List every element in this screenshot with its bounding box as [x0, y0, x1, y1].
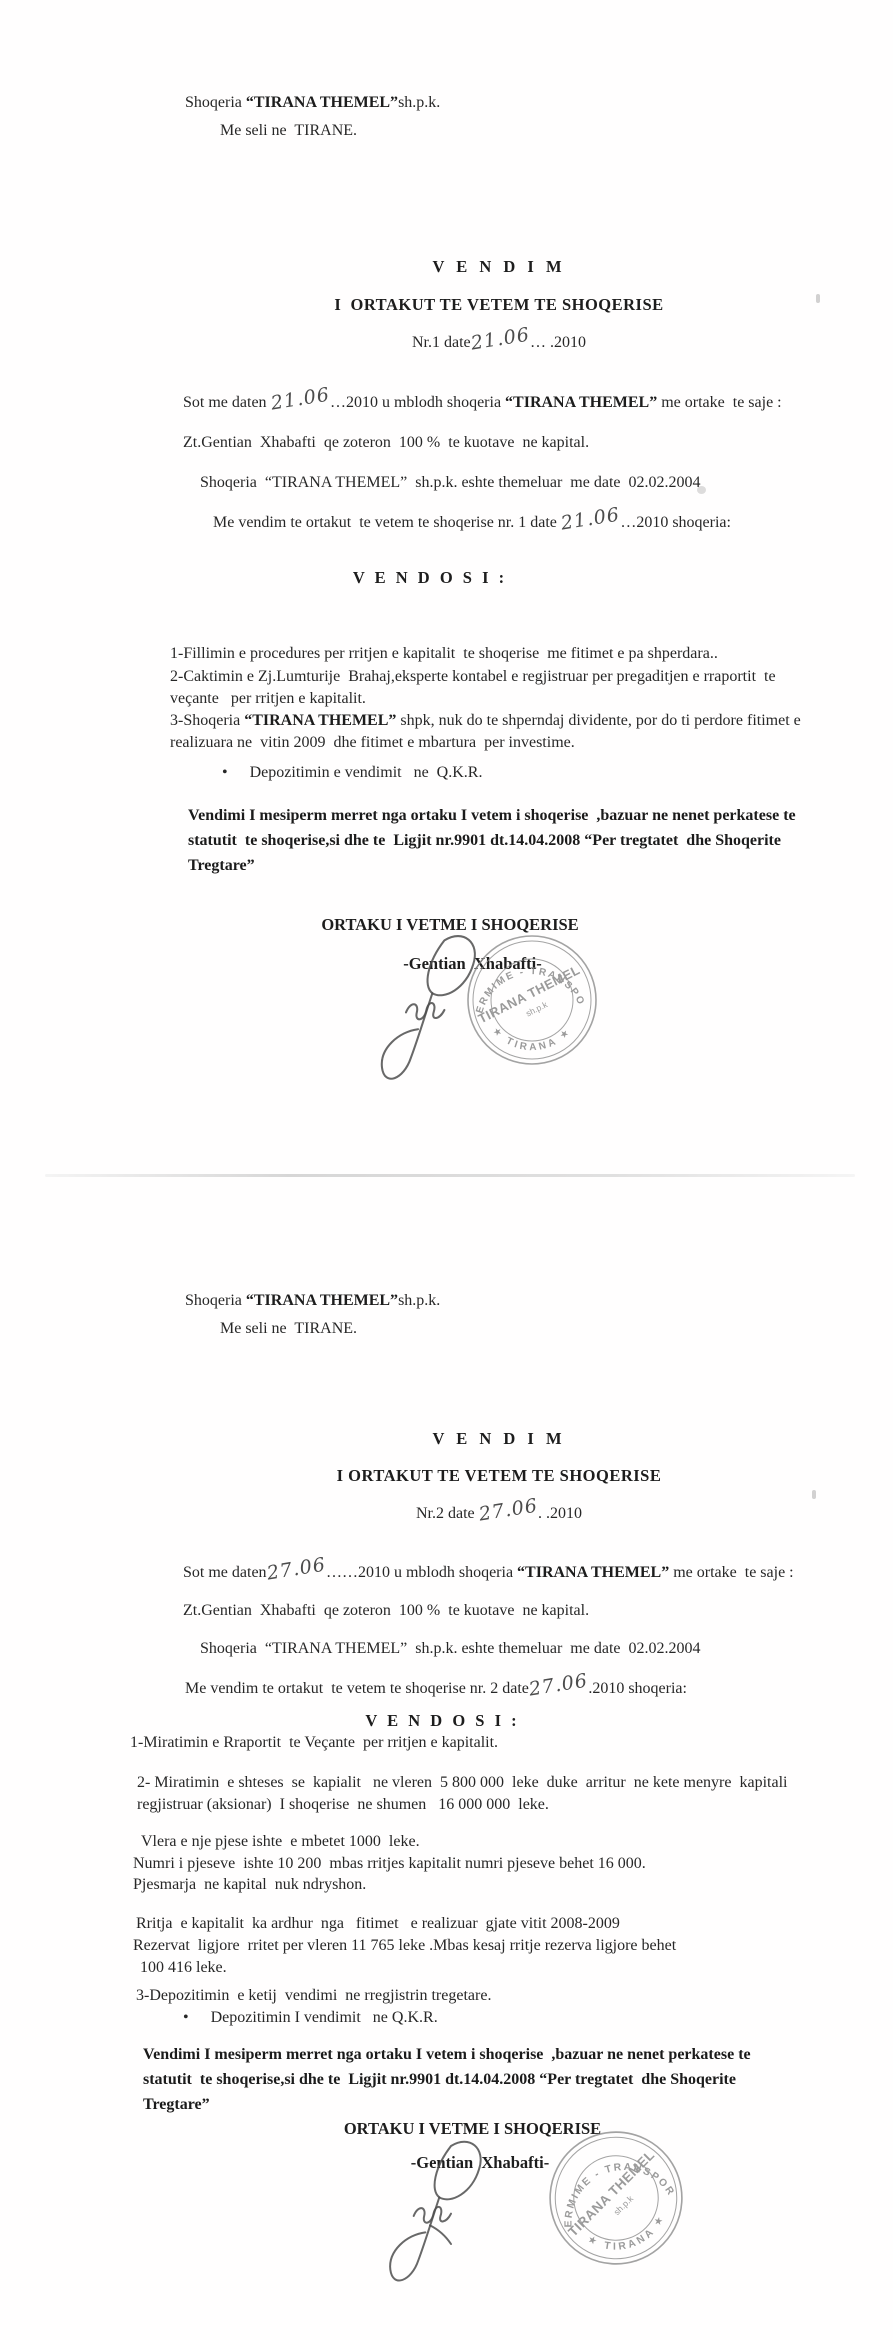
- company-stamp: GERMIME - TRANSPORT ★ TIRANA ★ TIRANA TH…: [464, 932, 600, 1068]
- bullet-icon: •: [183, 2009, 189, 2026]
- bullet-text: Depozitimin I vendimit ne Q.K.R.: [211, 2009, 438, 2026]
- reference-prefix: Me vendim te ortakut te vetem te shoqeri…: [213, 514, 561, 531]
- company-name: “TIRANA THEMEL”: [517, 1564, 669, 1581]
- vendosi-heading: V E N D O S I :: [185, 1710, 700, 1732]
- company-name: “TIRANA THEMEL”: [246, 1292, 398, 1309]
- meeting-mid: ……2010 u mblodh shoqeria: [326, 1564, 517, 1581]
- scanned-document: Shoqeria “TIRANA THEMEL”sh.p.k. Me seli …: [0, 0, 893, 2340]
- scan-artifact: [697, 486, 706, 494]
- legal-reserve-line: Rezervat ligjore rritet per vleren 11 76…: [133, 1935, 676, 1957]
- number-suffix: … .2010: [530, 334, 586, 351]
- owner-share-line: Zt.Gentian Xhabafti qe zoteron 100 % te …: [183, 432, 589, 454]
- meeting-line: Sot me daten 21.06…2010 u mblodh shoqeri…: [183, 390, 782, 414]
- meeting-line: Sot me daten27.06……2010 u mblodh shoqeri…: [183, 1560, 794, 1584]
- meeting-prefix: Sot me daten: [183, 1564, 267, 1581]
- decision-item-3: 3-Depozitimin e ketij vendimi ne rregjis…: [136, 1985, 491, 2007]
- handwritten-date: 21.06: [469, 324, 531, 355]
- legal-reserve-amount: 100 416 leke.: [140, 1957, 227, 1979]
- reference-prefix: Me vendim te ortakut te vetem te shoqeri…: [185, 1680, 529, 1697]
- seat-line: Me seli ne TIRANE.: [220, 1318, 357, 1340]
- seat-line: Me seli ne TIRANE.: [220, 120, 357, 142]
- share-count-line: Numri i pjeseve ishte 10 200 mbas rritje…: [133, 1853, 646, 1875]
- number-prefix: Nr.2 date: [416, 1505, 479, 1522]
- handwritten-date: 21.06: [559, 504, 621, 535]
- vendosi-heading: V E N D O S I :: [185, 567, 675, 589]
- handwritten-date: 27.06: [477, 1495, 539, 1526]
- capital-increase-line: Rritja e kapitalit ka ardhur nga fitimet…: [136, 1913, 620, 1935]
- company-name: “TIRANA THEMEL”: [244, 712, 396, 729]
- scan-artifact: [812, 1490, 816, 1499]
- meeting-mid: …2010 u mblodh shoqeria: [330, 394, 505, 411]
- bullet-text: Depozitimin e vendimit ne Q.K.R.: [250, 764, 483, 781]
- number-suffix: . .2010: [538, 1505, 582, 1522]
- company-line: Shoqeria “TIRANA THEMEL”sh.p.k.: [185, 1290, 440, 1312]
- decision-item-1: 1-Fillimin e procedures per rritjen e ka…: [170, 643, 830, 665]
- decision-reference-line: Me vendim te ortakut te vetem te shoqeri…: [185, 1676, 687, 1700]
- legal-note: Vendimi I mesiperm merret nga ortaku I v…: [143, 2042, 773, 2117]
- owner-share-line: Zt.Gentian Xhabafti qe zoteron 100 % te …: [183, 1600, 589, 1622]
- meeting-prefix: Sot me daten: [183, 394, 271, 411]
- decision-number-line: Nr.2 date 27.06. .2010: [185, 1501, 813, 1525]
- company-prefix: Shoqeria: [185, 1292, 246, 1309]
- handwritten-date: 27.06: [265, 1554, 327, 1585]
- decision-title: V E N D I M: [185, 1428, 813, 1450]
- meeting-suffix: me ortake te saje :: [669, 1564, 793, 1581]
- reference-suffix: .2010 shoqeria:: [588, 1680, 687, 1697]
- meeting-suffix: me ortake te saje :: [657, 394, 781, 411]
- stamp-bottom-arc-text: ★ TIRANA ★: [490, 1025, 574, 1053]
- page-separator: [45, 1174, 855, 1177]
- scan-artifact: [816, 294, 820, 303]
- company-name: “TIRANA THEMEL”: [246, 94, 398, 111]
- decision-subtitle: I ORTAKUT TE VETEM TE SHOQERISE: [185, 294, 813, 316]
- decision-item-2: 2- Miratimin e shteses se kapialit ne vl…: [137, 1772, 837, 1816]
- item3-prefix: 3-Shoqeria: [170, 712, 244, 729]
- company-line: Shoqeria “TIRANA THEMEL”sh.p.k.: [185, 92, 440, 114]
- decision-item-3: 3-Shoqeria “TIRANA THEMEL” shpk, nuk do …: [170, 710, 825, 754]
- signature: [378, 2132, 496, 2307]
- company-suffix: sh.p.k.: [398, 1292, 440, 1309]
- decision-number-line: Nr.1 date21.06… .2010: [185, 330, 813, 354]
- founded-line: Shoqeria “TIRANA THEMEL” sh.p.k. eshte t…: [200, 1638, 700, 1660]
- participation-line: Pjesmarja ne kapital nuk ndryshon.: [133, 1874, 366, 1896]
- decision-subtitle: I ORTAKUT TE VETEM TE SHOQERISE: [185, 1465, 813, 1487]
- bullet-item-qkr: •Depozitimin e vendimit ne Q.K.R.: [222, 762, 482, 784]
- number-prefix: Nr.1 date: [412, 334, 471, 351]
- decision-item-2: 2-Caktimin e Zj.Lumturije Brahaj,ekspert…: [170, 666, 810, 710]
- handwritten-date: 21.06: [269, 384, 331, 415]
- decision-title: V E N D I M: [185, 256, 813, 278]
- company-prefix: Shoqeria: [185, 94, 246, 111]
- reference-suffix: …2010 shoqeria:: [620, 514, 731, 531]
- bullet-icon: •: [222, 764, 228, 781]
- decision-reference-line: Me vendim te ortakut te vetem te shoqeri…: [213, 510, 731, 534]
- founded-line: Shoqeria “TIRANA THEMEL” sh.p.k. eshte t…: [200, 472, 700, 494]
- bullet-item-qkr: •Depozitimin I vendimit ne Q.K.R.: [183, 2007, 438, 2029]
- handwritten-date: 27.06: [527, 1670, 589, 1701]
- company-suffix: sh.p.k.: [398, 94, 440, 111]
- svg-text:★ TIRANA ★: ★ TIRANA ★: [490, 1025, 574, 1053]
- decision-item-1: 1-Miratimin e Rraportit te Veçante per r…: [130, 1732, 498, 1754]
- company-name: “TIRANA THEMEL”: [505, 394, 657, 411]
- share-value-line: Vlera e nje pjese ishte e mbetet 1000 le…: [141, 1831, 420, 1853]
- legal-note: Vendimi I mesiperm merret nga ortaku I v…: [188, 803, 836, 878]
